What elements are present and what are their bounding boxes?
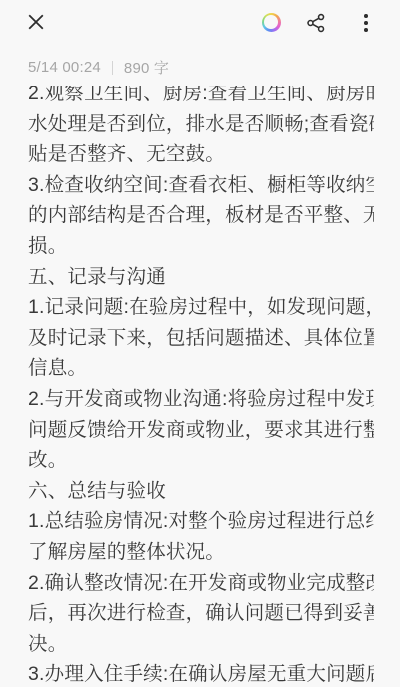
meta-divider <box>112 61 113 75</box>
text-line: 1.总结验房情况:对整个验房过程进行总结， <box>28 506 374 537</box>
text-line: 3.检查收纳空间:查看衣柜、橱柜等收纳空间 <box>28 170 374 201</box>
text-line: 改。 <box>28 445 374 476</box>
note-meta: 5/14 00:24 890 字 <box>28 57 169 78</box>
text-line: 2.观察卫生间、厨房:查看卫生间、厨房的防 <box>28 86 374 109</box>
note-timestamp: 5/14 00:24 <box>28 59 101 76</box>
share-icon <box>305 12 327 34</box>
note-body[interactable]: 2.观察卫生间、厨房:查看卫生间、厨房的防 水处理是否到位，排水是否顺畅;查看瓷… <box>28 86 374 687</box>
text-line: 3.办理入住手续:在确认房屋无重大问题后， <box>28 659 374 687</box>
section-heading: 五、记录与沟通 <box>28 262 374 293</box>
text-line: 的内部结构是否合理，板材是否平整、无破 <box>28 200 374 231</box>
close-icon <box>27 13 45 31</box>
text-line: 决。 <box>28 629 374 660</box>
note-text: 2.观察卫生间、厨房:查看卫生间、厨房的防 水处理是否到位，排水是否顺畅;查看瓷… <box>28 86 374 687</box>
text-line: 信息。 <box>28 353 374 384</box>
text-line: 损。 <box>28 231 374 262</box>
toolbar <box>0 0 400 46</box>
text-line: 2.确认整改情况:在开发商或物业完成整改 <box>28 568 374 599</box>
note-viewer-screen: 5/14 00:24 890 字 2.观察卫生间、厨房:查看卫生间、厨房的防 水… <box>0 0 400 687</box>
text-line: 了解房屋的整体状况。 <box>28 537 374 568</box>
text-line: 1.记录问题:在验房过程中，如发现问题，应 <box>28 292 374 323</box>
rainbow-ring-icon <box>262 13 281 32</box>
text-line: 2.与开发商或物业沟通:将验房过程中发现的 <box>28 384 374 415</box>
text-line: 后，再次进行检查，确认问题已得到妥善解 <box>28 598 374 629</box>
section-heading: 六、总结与验收 <box>28 476 374 507</box>
text-line: 水处理是否到位，排水是否顺畅;查看瓷砖铺 <box>28 109 374 140</box>
close-button[interactable] <box>26 12 46 32</box>
text-line: 问题反馈给开发商或物业，要求其进行整 <box>28 415 374 446</box>
text-line: 及时记录下来，包括问题描述、具体位置等 <box>28 323 374 354</box>
share-button[interactable] <box>305 12 327 34</box>
text-line: 贴是否整齐、无空鼓。 <box>28 139 374 170</box>
more-options-button[interactable] <box>358 11 374 35</box>
kebab-menu-icon <box>364 14 368 33</box>
note-word-count: 890 字 <box>124 57 169 78</box>
theme-skin-button[interactable] <box>261 12 281 32</box>
